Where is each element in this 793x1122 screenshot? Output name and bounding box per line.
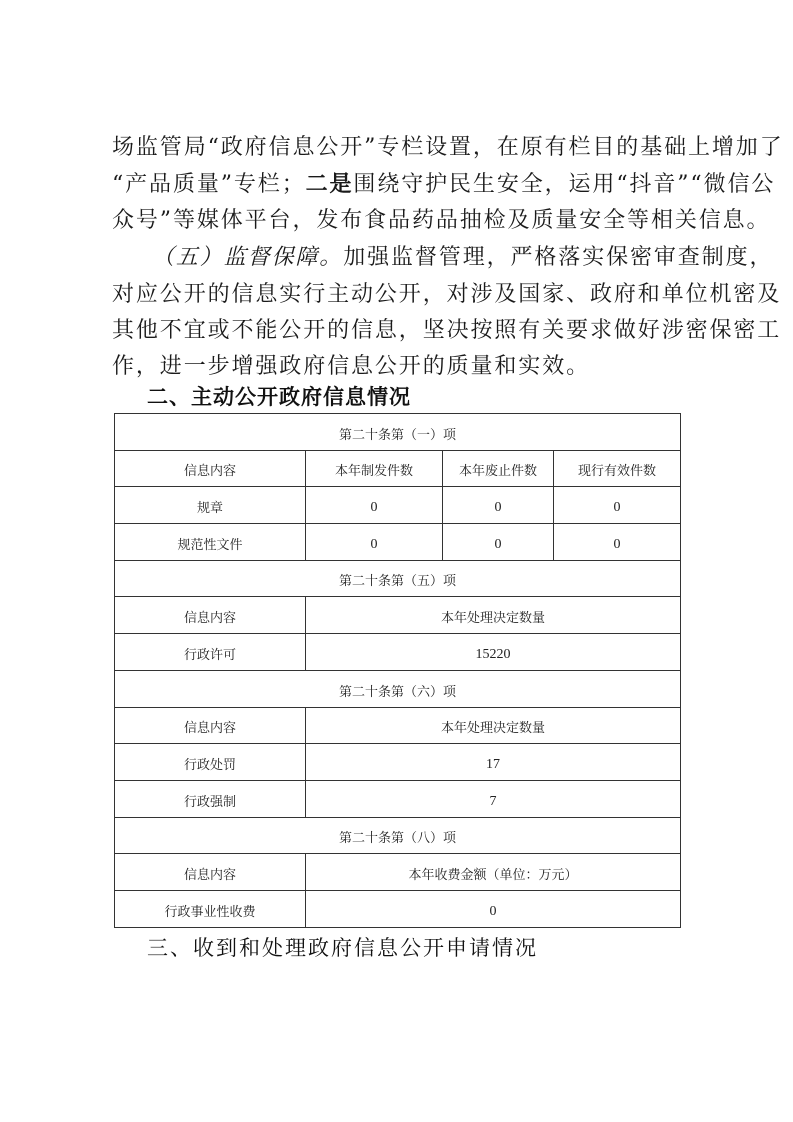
section-heading-2: 二、主动公开政府信息情况 [147, 384, 411, 410]
header-cell: 本年制发件数 [306, 450, 443, 487]
paragraph-line-4: （五）监督保障。加强监督管理，严格落实保密审查制度， [152, 245, 692, 271]
paragraph-line-7: 作，进一步增强政府信息公开的质量和实效。 [112, 354, 692, 380]
row-label-cell: 规章 [115, 487, 306, 524]
section-title-cell: 第二十条第（六）项 [115, 670, 681, 707]
value-cell: 0 [443, 524, 554, 561]
paragraph-line-1: 场监管局“政府信息公开”专栏设置，在原有栏目的基础上增加了 [112, 135, 692, 161]
header-cell: 本年收费金额（单位：万元） [306, 854, 681, 891]
value-cell: 0 [554, 487, 681, 524]
paragraph-line-3: 众号”等媒体平台，发布食品药品抽检及质量安全等相关信息。 [112, 208, 692, 234]
header-cell: 本年处理决定数量 [306, 707, 681, 744]
table-section-title-row: 第二十条第（六）项 [115, 670, 681, 707]
row-label-cell: 行政强制 [115, 780, 306, 817]
table-row: 规范性文件 0 0 0 [115, 524, 681, 561]
row-label-cell: 行政事业性收费 [115, 890, 306, 927]
header-cell: 本年废止件数 [443, 450, 554, 487]
value-cell: 17 [306, 744, 681, 781]
table-row: 规章 0 0 0 [115, 487, 681, 524]
header-cell: 现行有效件数 [554, 450, 681, 487]
row-label-cell: 规范性文件 [115, 524, 306, 561]
table-section-title-row: 第二十条第（五）项 [115, 560, 681, 597]
bold-marker-er-shi: 二是 [306, 172, 354, 197]
table-header-row: 信息内容 本年制发件数 本年废止件数 现行有效件数 [115, 450, 681, 487]
table-section-title-row: 第二十条第（一）项 [115, 414, 681, 451]
header-cell: 信息内容 [115, 854, 306, 891]
section-heading-3: 三、收到和处理政府信息公开申请情况 [147, 935, 538, 961]
section-title-cell: 第二十条第（八）项 [115, 817, 681, 854]
value-cell: 0 [306, 890, 681, 927]
paragraph-line-5: 对应公开的信息实行主动公开，对涉及国家、政府和单位机密及 [112, 282, 692, 308]
value-cell: 0 [443, 487, 554, 524]
header-cell: 信息内容 [115, 597, 306, 634]
value-cell: 0 [306, 487, 443, 524]
value-cell: 0 [554, 524, 681, 561]
section-title-cell: 第二十条第（一）项 [115, 414, 681, 451]
table-header-row: 信息内容 本年处理决定数量 [115, 707, 681, 744]
value-cell: 15220 [306, 634, 681, 671]
table-header-row: 信息内容 本年收费金额（单位：万元） [115, 854, 681, 891]
section-title-cell: 第二十条第（五）项 [115, 560, 681, 597]
line-2-prefix: “产品质量”专栏； [112, 172, 306, 197]
row-label-cell: 行政处罚 [115, 744, 306, 781]
header-cell: 信息内容 [115, 707, 306, 744]
header-cell: 本年处理决定数量 [306, 597, 681, 634]
table-row: 行政许可 15220 [115, 634, 681, 671]
header-cell: 信息内容 [115, 450, 306, 487]
table-row: 行政处罚 17 [115, 744, 681, 781]
value-cell: 7 [306, 780, 681, 817]
table-section-title-row: 第二十条第（八）项 [115, 817, 681, 854]
paragraph-line-6: 其他不宜或不能公开的信息，坚决按照有关要求做好涉密保密工 [112, 318, 692, 344]
line-4-text: 加强监督管理，严格落实保密审查制度， [343, 245, 773, 270]
subsection-label-supervision: （五）监督保障。 [152, 245, 343, 270]
paragraph-line-2: “产品质量”专栏；二是围绕守护民生安全，运用“抖音”“微信公 [112, 172, 692, 198]
proactive-disclosure-table: 第二十条第（一）项 信息内容 本年制发件数 本年废止件数 现行有效件数 规章 0… [114, 413, 681, 928]
table-row: 行政强制 7 [115, 780, 681, 817]
table-row: 行政事业性收费 0 [115, 890, 681, 927]
value-cell: 0 [306, 524, 443, 561]
table-header-row: 信息内容 本年处理决定数量 [115, 597, 681, 634]
line-2-suffix: 围绕守护民生安全，运用“抖音”“微信公 [353, 172, 775, 197]
row-label-cell: 行政许可 [115, 634, 306, 671]
